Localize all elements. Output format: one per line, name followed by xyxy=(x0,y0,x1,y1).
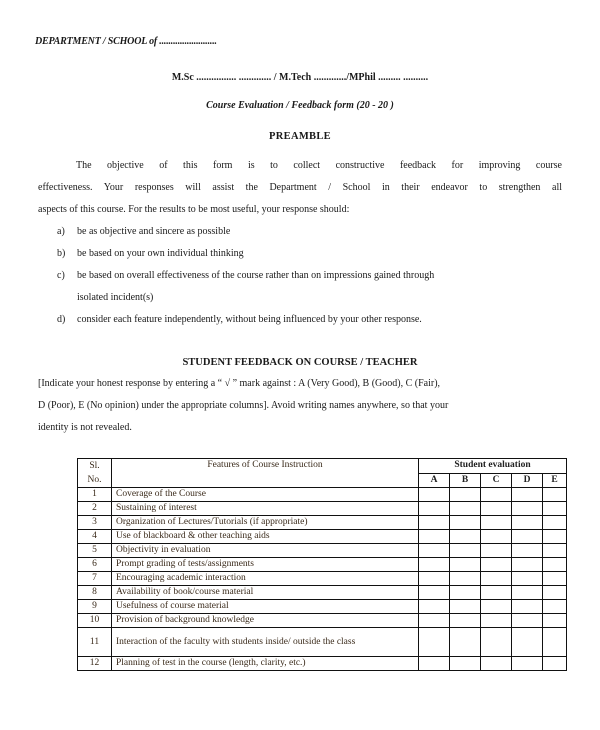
table-row: 6Prompt grading of tests/assignments xyxy=(78,558,567,572)
grade-cell-b[interactable] xyxy=(450,657,481,671)
grade-cell-b[interactable] xyxy=(450,614,481,628)
grade-cell-a[interactable] xyxy=(419,572,450,586)
row-feature: Objectivity in evaluation xyxy=(112,544,419,558)
grade-cell-e[interactable] xyxy=(543,530,567,544)
list-marker: d) xyxy=(57,309,77,331)
row-number: 11 xyxy=(78,628,112,657)
table-row: 5Objectivity in evaluation xyxy=(78,544,567,558)
grade-cell-e[interactable] xyxy=(543,614,567,628)
grade-cell-d[interactable] xyxy=(512,516,543,530)
grade-cell-c[interactable] xyxy=(481,558,512,572)
grade-cell-a[interactable] xyxy=(419,502,450,516)
grade-cell-e[interactable] xyxy=(543,488,567,502)
grade-cell-b[interactable] xyxy=(450,488,481,502)
feedback-heading: STUDENT FEEDBACK ON COURSE / TEACHER xyxy=(0,357,600,368)
table-row: 3Organization of Lectures/Tutorials (if … xyxy=(78,516,567,530)
list-text: consider each feature independently, wit… xyxy=(77,314,422,325)
row-feature: Organization of Lectures/Tutorials (if a… xyxy=(112,516,419,530)
row-feature: Sustaining of interest xyxy=(112,502,419,516)
grade-cell-e[interactable] xyxy=(543,516,567,530)
row-number: 7 xyxy=(78,572,112,586)
grade-cell-a[interactable] xyxy=(419,530,450,544)
table-row: 4Use of blackboard & other teaching aids xyxy=(78,530,567,544)
grade-cell-a[interactable] xyxy=(419,657,450,671)
row-feature: Provision of background knowledge xyxy=(112,614,419,628)
table-row: 12Planning of test in the course (length… xyxy=(78,657,567,671)
grade-cell-b[interactable] xyxy=(450,502,481,516)
row-number: 10 xyxy=(78,614,112,628)
row-feature: Encouraging academic interaction xyxy=(112,572,419,586)
table-row: 8Availability of book/course material xyxy=(78,586,567,600)
header-no-label: No. xyxy=(88,475,102,485)
list-text: be as objective and sincere as possible xyxy=(77,226,230,237)
list-item: b)be based on your own individual thinki… xyxy=(57,243,244,265)
department-line: DEPARTMENT / SCHOOL of .................… xyxy=(35,36,217,47)
row-feature: Availability of book/course material xyxy=(112,586,419,600)
row-number: 9 xyxy=(78,600,112,614)
row-number: 6 xyxy=(78,558,112,572)
grade-cell-b[interactable] xyxy=(450,628,481,657)
grade-cell-a[interactable] xyxy=(419,614,450,628)
grade-cell-a[interactable] xyxy=(419,544,450,558)
grade-cell-a[interactable] xyxy=(419,488,450,502)
row-number: 12 xyxy=(78,657,112,671)
grade-cell-c[interactable] xyxy=(481,488,512,502)
form-title: Course Evaluation / Feedback form (20 - … xyxy=(0,100,600,111)
degree-line: M.Sc ................ ............. / M.… xyxy=(0,72,600,83)
grade-cell-c[interactable] xyxy=(481,600,512,614)
table-row: 11Interaction of the faculty with studen… xyxy=(78,628,567,657)
grade-cell-d[interactable] xyxy=(512,572,543,586)
grade-cell-b[interactable] xyxy=(450,544,481,558)
preamble-line-3: aspects of this course. For the results … xyxy=(38,199,562,221)
list-marker: b) xyxy=(57,243,77,265)
row-feature: Prompt grading of tests/assignments xyxy=(112,558,419,572)
header-grade-d: D xyxy=(512,473,543,488)
grade-cell-d[interactable] xyxy=(512,628,543,657)
grade-cell-d[interactable] xyxy=(512,488,543,502)
row-number: 1 xyxy=(78,488,112,502)
grade-cell-c[interactable] xyxy=(481,530,512,544)
list-text: be based on your own individual thinking xyxy=(77,248,244,259)
instruction-line-1: [Indicate your honest response by enteri… xyxy=(38,373,562,395)
row-feature: Use of blackboard & other teaching aids xyxy=(112,530,419,544)
grade-cell-c[interactable] xyxy=(481,544,512,558)
table-row: 9Usefulness of course material xyxy=(78,600,567,614)
grade-cell-c[interactable] xyxy=(481,657,512,671)
grade-cell-c[interactable] xyxy=(481,628,512,657)
grade-cell-a[interactable] xyxy=(419,586,450,600)
grade-cell-b[interactable] xyxy=(450,530,481,544)
grade-cell-e[interactable] xyxy=(543,572,567,586)
grade-cell-e[interactable] xyxy=(543,586,567,600)
table-row: 7Encouraging academic interaction xyxy=(78,572,567,586)
list-marker: c) xyxy=(57,265,77,287)
list-item: d)consider each feature independently, w… xyxy=(57,309,422,331)
grade-cell-b[interactable] xyxy=(450,516,481,530)
list-item: a)be as objective and sincere as possibl… xyxy=(57,221,230,243)
grade-cell-b[interactable] xyxy=(450,572,481,586)
header-sl-no: Sl. No. xyxy=(78,459,112,488)
grade-cell-d[interactable] xyxy=(512,586,543,600)
list-marker: a) xyxy=(57,221,77,243)
grade-cell-e[interactable] xyxy=(543,628,567,657)
grade-cell-a[interactable] xyxy=(419,558,450,572)
header-grade-c: C xyxy=(481,473,512,488)
grade-cell-e[interactable] xyxy=(543,657,567,671)
row-number: 5 xyxy=(78,544,112,558)
preamble-heading: PREAMBLE xyxy=(0,131,600,142)
preamble-line-1: The objective of this form is to collect… xyxy=(38,155,562,177)
grade-cell-c[interactable] xyxy=(481,516,512,530)
row-number: 8 xyxy=(78,586,112,600)
grade-cell-a[interactable] xyxy=(419,516,450,530)
header-student-evaluation: Student evaluation xyxy=(419,459,567,474)
list-item: c)be based on overall effectiveness of t… xyxy=(57,265,434,287)
preamble-line-2: effectiveness. Your responses will assis… xyxy=(38,177,562,199)
grade-cell-e[interactable] xyxy=(543,558,567,572)
instruction-line-3: identity is not revealed. xyxy=(38,417,562,439)
grade-cell-d[interactable] xyxy=(512,614,543,628)
row-number: 4 xyxy=(78,530,112,544)
row-feature: Coverage of the Course xyxy=(112,488,419,502)
grade-cell-d[interactable] xyxy=(512,600,543,614)
instruction-line-2: D (Poor), E (No opinion) under the appro… xyxy=(38,395,562,417)
grade-cell-e[interactable] xyxy=(543,502,567,516)
evaluation-table: Sl. No. Features of Course Instruction S… xyxy=(77,458,567,671)
grade-cell-c[interactable] xyxy=(481,502,512,516)
grade-cell-a[interactable] xyxy=(419,628,450,657)
row-feature: Interaction of the faculty with students… xyxy=(112,628,419,657)
list-item-continuation: isolated incident(s) xyxy=(77,287,153,309)
table-row: 10Provision of background knowledge xyxy=(78,614,567,628)
row-number: 2 xyxy=(78,502,112,516)
row-number: 3 xyxy=(78,516,112,530)
grade-cell-c[interactable] xyxy=(481,586,512,600)
list-text: be based on overall effectiveness of the… xyxy=(77,270,434,281)
grade-cell-b[interactable] xyxy=(450,600,481,614)
grade-cell-b[interactable] xyxy=(450,558,481,572)
row-feature: Planning of test in the course (length, … xyxy=(112,657,419,671)
grade-cell-d[interactable] xyxy=(512,558,543,572)
grade-cell-b[interactable] xyxy=(450,586,481,600)
header-sl-label: Sl. xyxy=(89,461,99,471)
grade-cell-e[interactable] xyxy=(543,600,567,614)
table-row: 1Coverage of the Course xyxy=(78,488,567,502)
header-features: Features of Course Instruction xyxy=(112,459,419,488)
grade-cell-d[interactable] xyxy=(512,530,543,544)
grade-cell-d[interactable] xyxy=(512,544,543,558)
header-grade-e: E xyxy=(543,473,567,488)
grade-cell-d[interactable] xyxy=(512,502,543,516)
header-grade-b: B xyxy=(450,473,481,488)
table-row: 2Sustaining of interest xyxy=(78,502,567,516)
grade-cell-a[interactable] xyxy=(419,600,450,614)
row-feature: Usefulness of course material xyxy=(112,600,419,614)
grade-cell-c[interactable] xyxy=(481,614,512,628)
header-grade-a: A xyxy=(419,473,450,488)
grade-cell-d[interactable] xyxy=(512,657,543,671)
grade-cell-c[interactable] xyxy=(481,572,512,586)
grade-cell-e[interactable] xyxy=(543,544,567,558)
